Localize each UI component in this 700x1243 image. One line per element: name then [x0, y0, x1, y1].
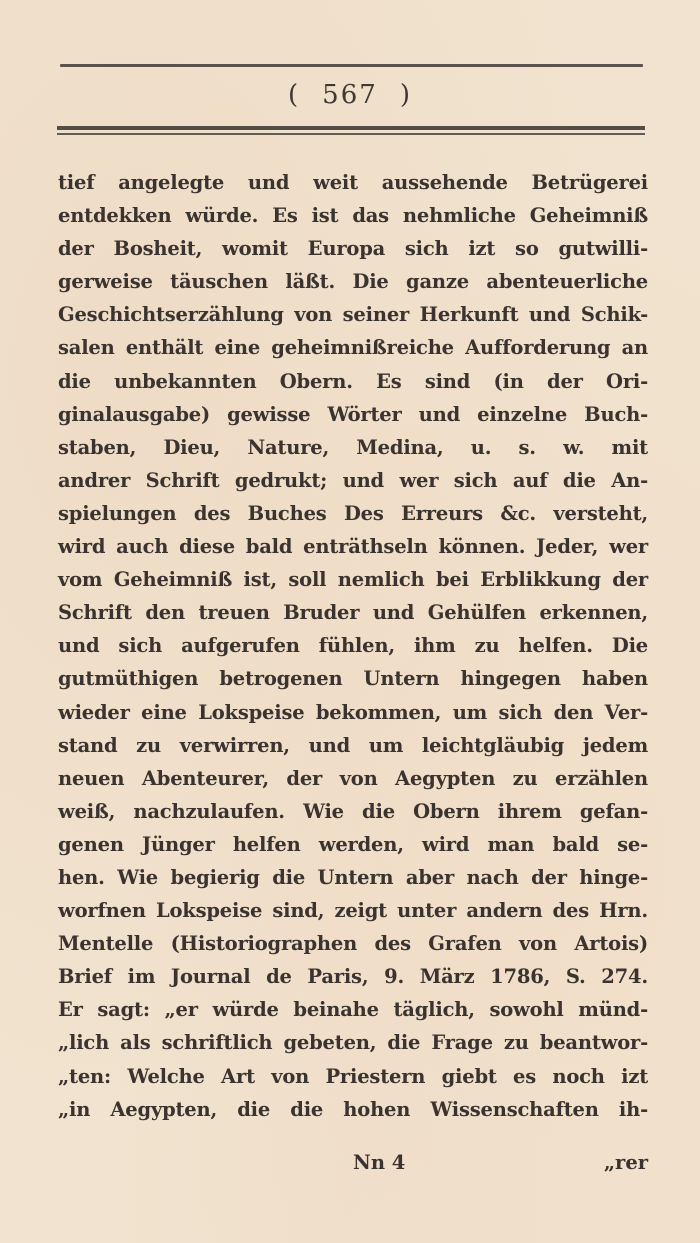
page-header: (567): [0, 80, 700, 110]
page-number: 567: [322, 80, 378, 110]
text-line: Er sagt: „er würde beinahe täglich, sowo…: [58, 993, 648, 1026]
text-line: ginalausgabe) gewisse Wörter und einzeln…: [58, 398, 648, 431]
text-line: „ten: Welche Art von Priestern giebt es …: [58, 1060, 648, 1093]
text-line: gutmüthigen betrogenen Untern hingegen h…: [58, 662, 648, 695]
signature-mark: Nn 4: [353, 1151, 405, 1174]
text-line: staben, Dieu, Nature, Medina, u. s. w. m…: [58, 431, 648, 464]
text-line: „lich als schriftlich gebeten, die Frage…: [58, 1026, 648, 1059]
text-line: der Bosheit, womit Europa sich izt so gu…: [58, 232, 648, 265]
text-line: wird auch diese bald enträthseln können.…: [58, 530, 648, 563]
text-line: spielungen des Buches Des Erreurs &c. ve…: [58, 497, 648, 530]
close-paren: ): [400, 80, 412, 110]
open-paren: (: [288, 80, 300, 110]
text-line: und sich aufgerufen fühlen, ihm zu helfe…: [58, 629, 648, 662]
text-line: Schrift den treuen Bruder und Gehülfen e…: [58, 596, 648, 629]
header-double-rule-thin: [57, 133, 645, 135]
text-line: hen. Wie begierig die Untern aber nach d…: [58, 861, 648, 894]
text-line: wieder eine Lokspeise bekommen, um sich …: [58, 696, 648, 729]
text-line: neuen Abenteurer, der von Aegypten zu er…: [58, 762, 648, 795]
text-line: die unbekannten Obern. Es sind (in der O…: [58, 365, 648, 398]
text-line: salen enthält eine geheimnißreiche Auffo…: [58, 331, 648, 364]
text-line: Geschichtserzählung von seiner Herkunft …: [58, 298, 648, 331]
text-line: Brief im Journal de Paris, 9. März 1786,…: [58, 960, 648, 993]
text-line: tief angelegte und weit aussehende Betrü…: [58, 166, 648, 199]
text-line: „in Aegypten, die die hohen Wissenschaft…: [58, 1093, 648, 1126]
text-line: gerweise täuschen läßt. Die ganze abente…: [58, 265, 648, 298]
page-footer: Nn 4 „rer: [58, 1151, 648, 1184]
book-page: (567) tief angelegte und weit aussehende…: [0, 0, 700, 1243]
text-line: genen Jünger helfen werden, wird man bal…: [58, 828, 648, 861]
text-line: weiß, nachzulaufen. Wie die Obern ihrem …: [58, 795, 648, 828]
body-text-block: tief angelegte und weit aussehende Betrü…: [58, 166, 648, 1126]
text-line: worfnen Lokspeise sind, zeigt unter ande…: [58, 894, 648, 927]
text-line: Mentelle (Historiographen des Grafen von…: [58, 927, 648, 960]
top-rule-divider: [60, 64, 643, 67]
text-line: entdekken würde. Es ist das nehmliche Ge…: [58, 199, 648, 232]
catchword: „rer: [604, 1151, 648, 1174]
text-line: stand zu verwirren, und um leichtgläubig…: [58, 729, 648, 762]
text-line: andrer Schrift gedrukt; und wer sich auf…: [58, 464, 648, 497]
text-line: vom Geheimniß ist, soll nemlich bei Erbl…: [58, 563, 648, 596]
header-double-rule-thick: [57, 126, 645, 130]
